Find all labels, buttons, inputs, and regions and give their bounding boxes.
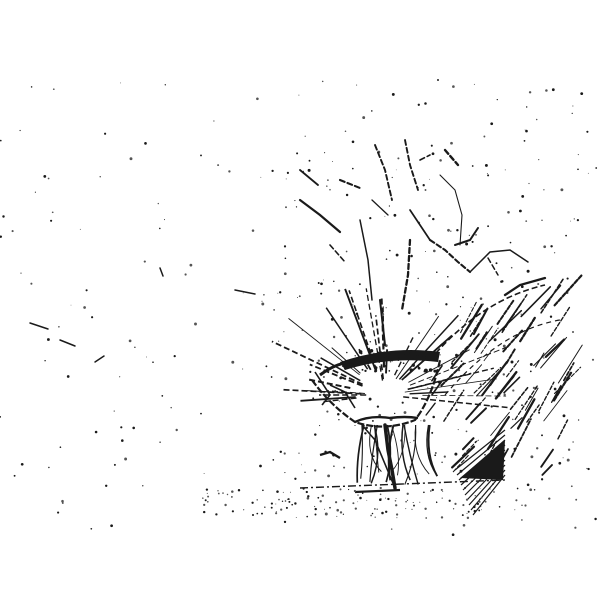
background — [0, 0, 600, 600]
fracture-pattern-image — [0, 0, 600, 600]
